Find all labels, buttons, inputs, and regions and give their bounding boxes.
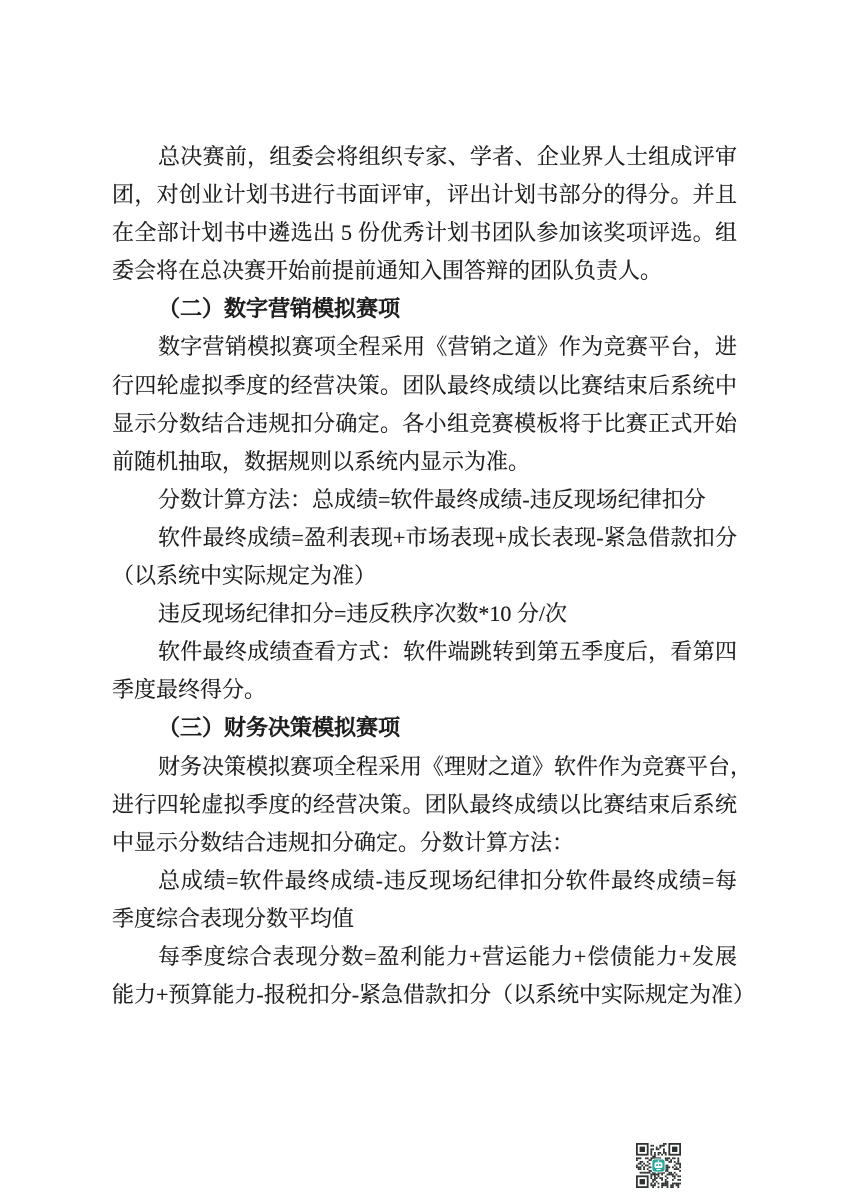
- text-line: 能力+预算能力-报税扣分-紧急借款扣分（以系统中实际规定为准）: [112, 976, 737, 1014]
- text-line: 团，对创业计划书进行书面评审，评出计划书部分的得分。并且: [112, 176, 737, 214]
- section-heading: （二）数字营销模拟赛项: [112, 290, 737, 328]
- text-line: 分数计算方法：总成绩=软件最终成绩-违反现场纪律扣分: [112, 481, 737, 519]
- text-line: 违反现场纪律扣分=违反秩序次数*10 分/次: [112, 595, 737, 633]
- text-line: 显示分数结合违规扣分确定。各小组竞赛模板将于比赛正式开始: [112, 405, 737, 443]
- text-line: 数字营销模拟赛项全程采用《营销之道》作为竞赛平台，进: [112, 328, 737, 366]
- text-line: 在全部计划书中遴选出 5 份优秀计划书团队参加该奖项评选。组: [112, 214, 737, 252]
- document-text-block: 总决赛前，组委会将组织专家、学者、企业界人士组成评审团，对创业计划书进行书面评审…: [112, 138, 737, 1014]
- qr-code: [636, 1143, 681, 1188]
- text-line: 财务决策模拟赛项全程采用《理财之道》软件作为竞赛平台，: [112, 748, 737, 786]
- text-line: 总成绩=软件最终成绩-违反现场纪律扣分软件最终成绩=每: [112, 862, 737, 900]
- text-line: 总决赛前，组委会将组织专家、学者、企业界人士组成评审: [112, 138, 737, 176]
- text-line: 软件最终成绩=盈利表现+市场表现+成长表现-紧急借款扣分: [112, 519, 737, 557]
- text-line: （以系统中实际规定为准）: [112, 557, 737, 595]
- text-line: 行四轮虚拟季度的经营决策。团队最终成绩以比赛结束后系统中: [112, 367, 737, 405]
- text-line: 中显示分数结合违规扣分确定。分数计算方法：: [112, 824, 737, 862]
- text-line: 季度综合表现分数平均值: [112, 900, 737, 938]
- text-line: 软件最终成绩查看方式：软件端跳转到第五季度后，看第四: [112, 633, 737, 671]
- text-line: 进行四轮虚拟季度的经营决策。团队最终成绩以比赛结束后系统: [112, 786, 737, 824]
- text-line: 委会将在总决赛开始前提前通知入围答辩的团队负责人。: [112, 252, 737, 290]
- text-line: 前随机抽取，数据规则以系统内显示为准。: [112, 443, 737, 481]
- text-line: 每季度综合表现分数=盈利能力+营运能力+偿债能力+发展: [112, 938, 737, 976]
- section-heading: （三）财务决策模拟赛项: [112, 709, 737, 747]
- text-line: 季度最终得分。: [112, 671, 737, 709]
